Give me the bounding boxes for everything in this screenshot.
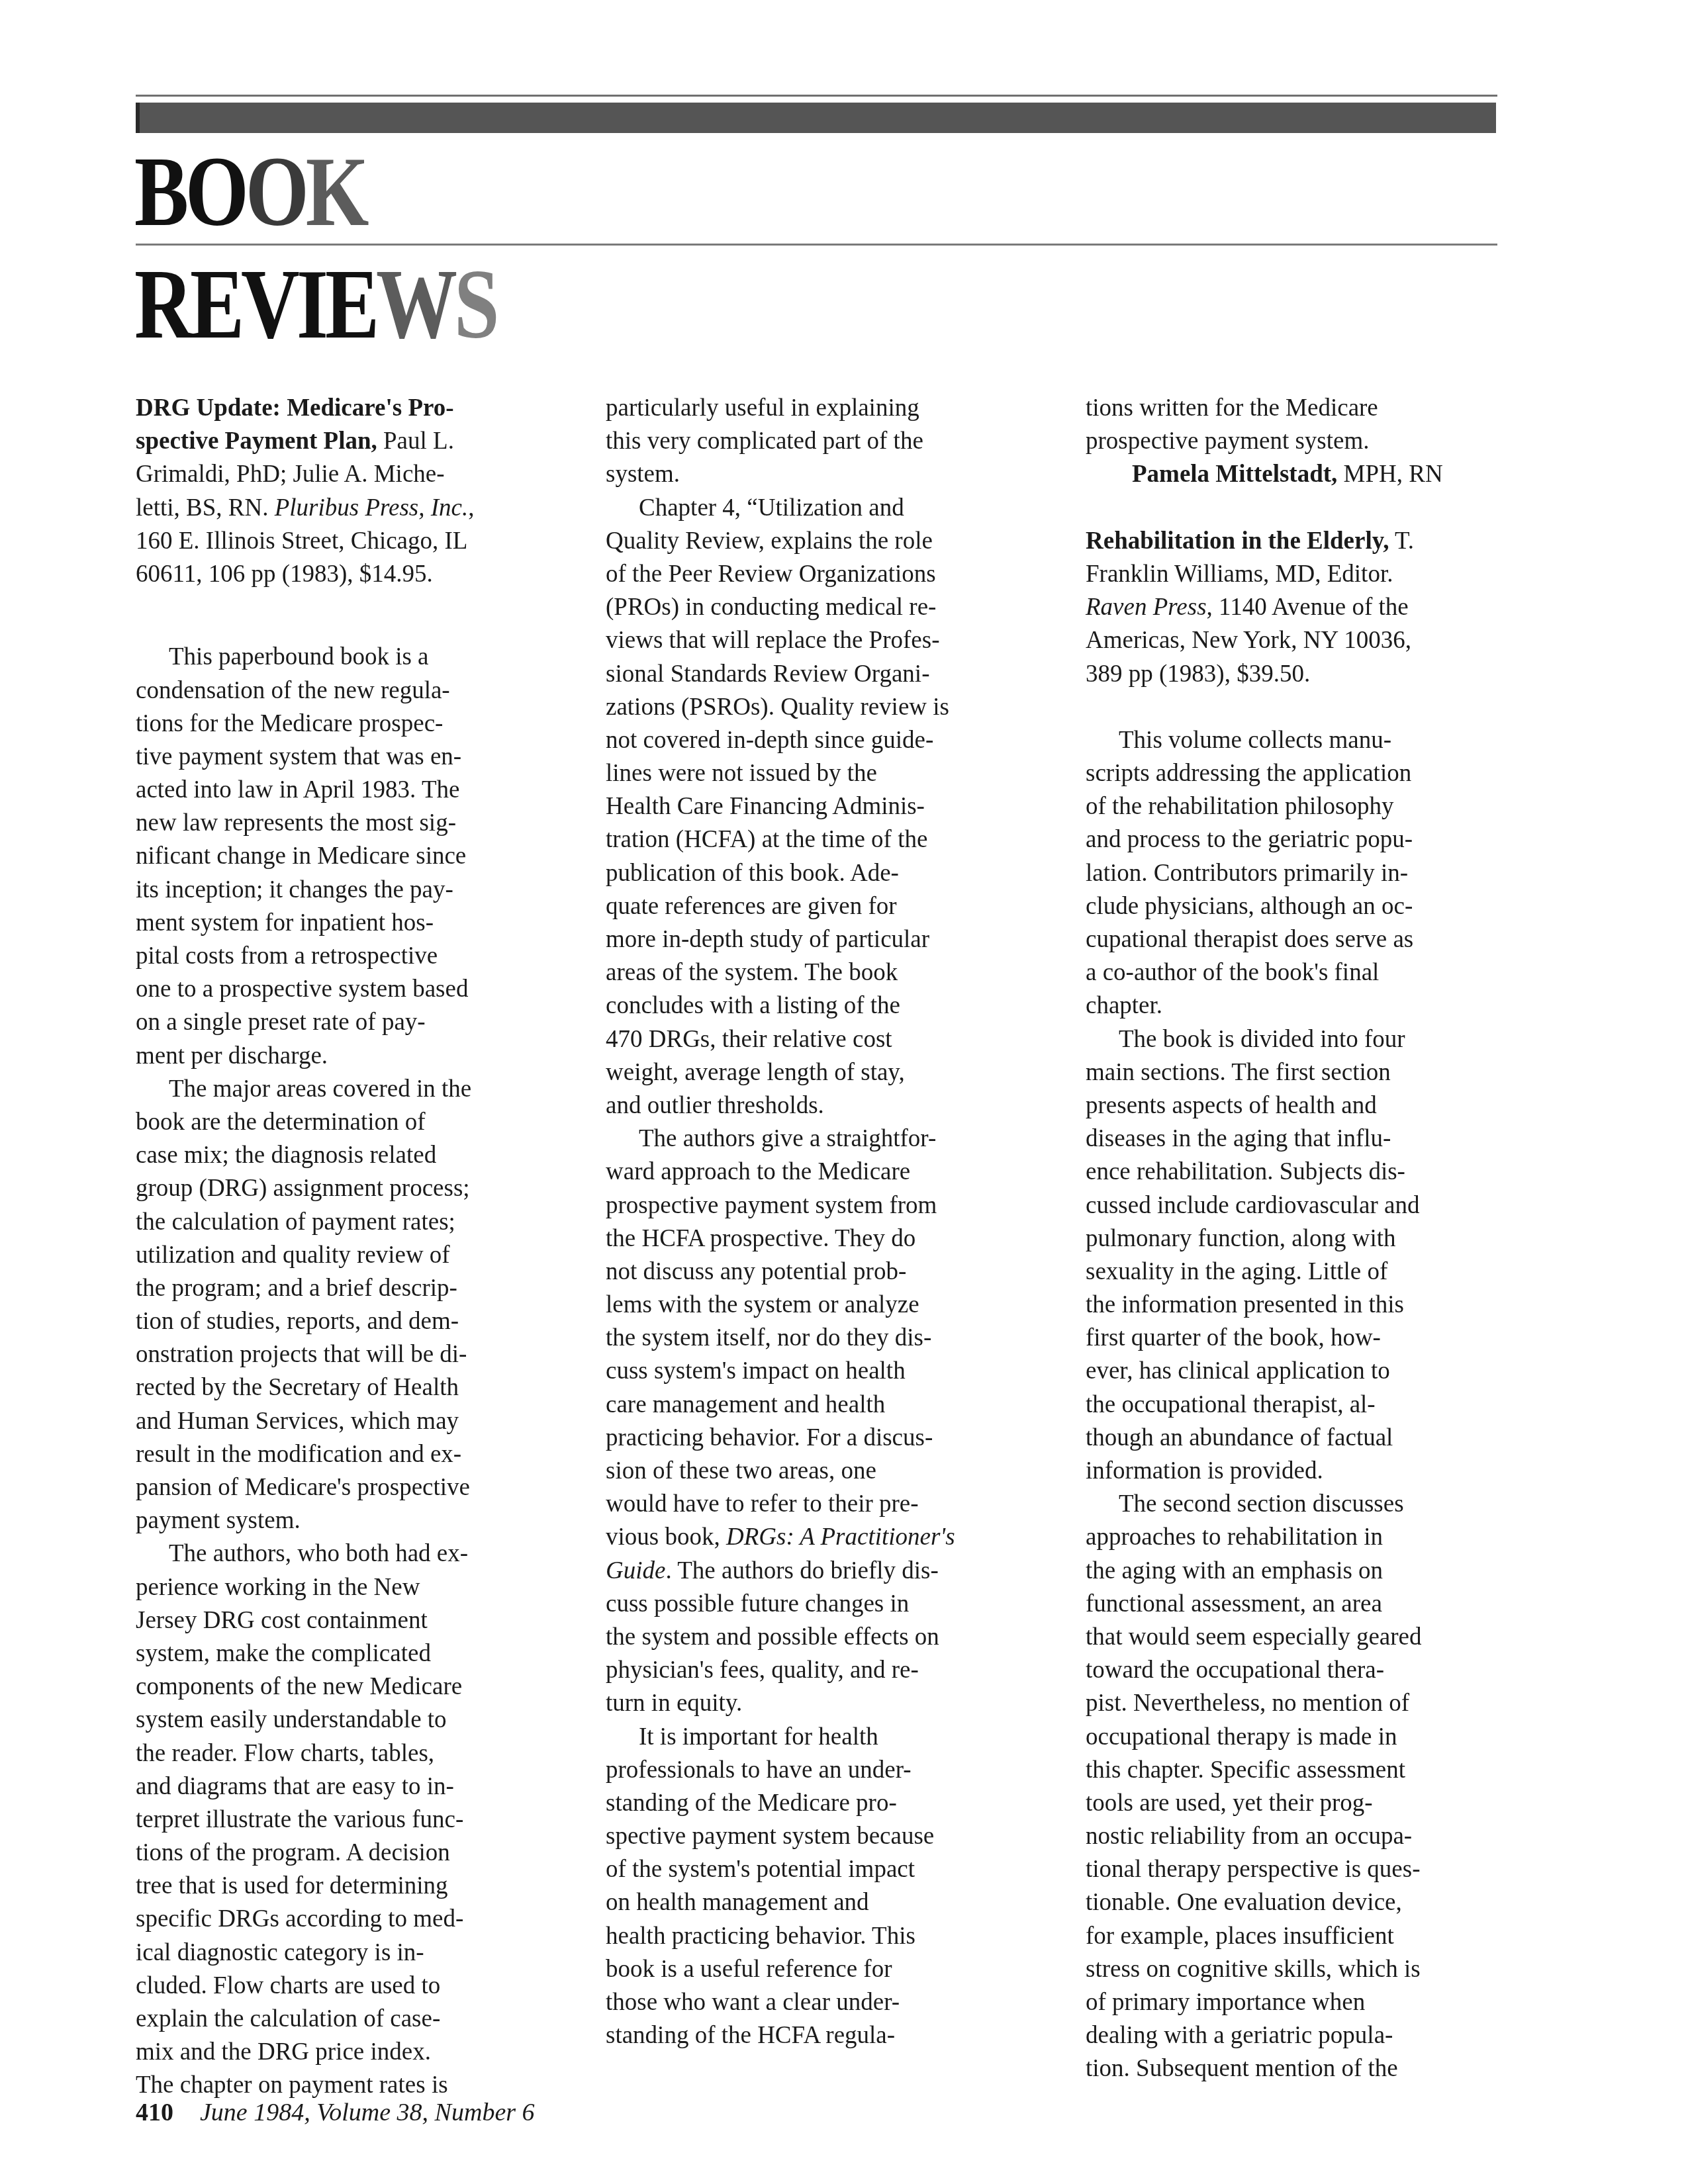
page-number: 410 bbox=[136, 2099, 173, 2126]
body-line: terpret illustrate the various func- bbox=[136, 1803, 592, 1837]
body-text: the information presented in this bbox=[1086, 1291, 1404, 1318]
body-line: prospective payment system from bbox=[606, 1189, 1062, 1222]
body-text: this very complicated part of the bbox=[606, 428, 923, 455]
body-text: payment system. bbox=[136, 1507, 301, 1534]
citation-line: Grimaldi, PhD; Julie A. Miche- bbox=[136, 458, 592, 491]
body-line: explain the calculation of case- bbox=[136, 2003, 592, 2036]
citation-text: , bbox=[468, 494, 474, 522]
body-line: acted into law in April 1983. The bbox=[136, 774, 592, 807]
body-text: (PROs) in conducting medical re- bbox=[606, 594, 936, 621]
body-line: tools are used, yet their prog- bbox=[1086, 1787, 1542, 1820]
body-text: of the system's potential impact bbox=[606, 1856, 915, 1883]
cited-title: DRGs: A Practitioner's bbox=[726, 1524, 955, 1551]
citation-line: Raven Press, 1140 Avenue of the bbox=[1086, 591, 1542, 624]
body-text: This paperbound book is a bbox=[169, 643, 429, 670]
body-line: ever, has clinical application to bbox=[1086, 1355, 1542, 1388]
body-text: physician's fees, quality, and re- bbox=[606, 1657, 919, 1684]
body-text: acted into law in April 1983. The bbox=[136, 776, 459, 803]
citation-text: Americas, New York, NY 10036, bbox=[1086, 627, 1411, 654]
body-line: Chapter 4, “Utilization and bbox=[606, 492, 1062, 525]
body-line: and outlier thresholds. bbox=[606, 1089, 1062, 1122]
body-line: case mix; the diagnosis related bbox=[136, 1139, 592, 1172]
body-line: Health Care Financing Adminis- bbox=[606, 790, 1062, 823]
body-text: approaches to rehabilitation in bbox=[1086, 1524, 1383, 1551]
book-title: DRG Update: Medicare's Pro- bbox=[136, 394, 454, 422]
body-line: utilization and quality review of bbox=[136, 1239, 592, 1272]
body-text: chapter. bbox=[1086, 992, 1162, 1019]
body-line: sexuality in the aging. Little of bbox=[1086, 1255, 1542, 1289]
body-text: Jersey DRG cost containment bbox=[136, 1607, 428, 1634]
body-text: mix and the DRG price index. bbox=[136, 2038, 431, 2066]
body-text: and process to the geriatric popu- bbox=[1086, 826, 1413, 853]
body-text: its inception; it changes the pay- bbox=[136, 876, 453, 903]
body-text: specific DRGs according to med- bbox=[136, 1905, 463, 1933]
body-line: would have to refer to their pre- bbox=[606, 1488, 1062, 1521]
body-line: the system and possible effects on bbox=[606, 1621, 1062, 1654]
citation-text: Franklin Williams, MD, Editor. bbox=[1086, 561, 1393, 588]
citation-text: 389 pp (1983), $39.50. bbox=[1086, 660, 1310, 688]
body-text: clude physicians, although an oc- bbox=[1086, 893, 1413, 920]
citation-line: Franklin Williams, MD, Editor. bbox=[1086, 558, 1542, 591]
body-text: scripts addressing the application bbox=[1086, 760, 1411, 787]
body-text: publication of this book. Ade- bbox=[606, 860, 899, 887]
body-line: lines were not issued by the bbox=[606, 757, 1062, 790]
body-line: specific DRGs according to med- bbox=[136, 1903, 592, 1936]
body-text: one to a prospective system based bbox=[136, 976, 468, 1003]
body-line: of the system's potential impact bbox=[606, 1853, 1062, 1886]
publisher: Pluribus Press, Inc. bbox=[275, 494, 469, 522]
body-line: tion of studies, reports, and dem- bbox=[136, 1305, 592, 1338]
body-line: Guide. The authors do briefly dis- bbox=[606, 1555, 1062, 1588]
body-line: though an abundance of factual bbox=[1086, 1422, 1542, 1455]
review2-citation: Rehabilitation in the Elderly, T.Frankli… bbox=[1086, 525, 1542, 691]
body-text: cuss possible future changes in bbox=[606, 1590, 909, 1617]
body-text: tion of studies, reports, and dem- bbox=[136, 1308, 459, 1335]
body-text: nostic reliability from an occupa- bbox=[1086, 1823, 1412, 1850]
body-text: and diagrams that are easy to in- bbox=[136, 1773, 454, 1800]
body-line: quate references are given for bbox=[606, 890, 1062, 923]
body-text: The chapter on payment rates is bbox=[136, 2071, 448, 2099]
body-text: system. bbox=[606, 461, 680, 488]
body-text: terpret illustrate the various func- bbox=[136, 1806, 463, 1833]
body-line: views that will replace the Profes- bbox=[606, 624, 1062, 657]
body-line: for example, places insufficient bbox=[1086, 1920, 1542, 1953]
body-text: tions of the program. A decision bbox=[136, 1839, 450, 1866]
body-text: more in-depth study of particular bbox=[606, 926, 929, 953]
body-line: publication of this book. Ade- bbox=[606, 857, 1062, 890]
body-line: vious book, DRGs: A Practitioner's bbox=[606, 1521, 1062, 1554]
body-line: book is a useful reference for bbox=[606, 1953, 1062, 1986]
body-line: that would seem especially geared bbox=[1086, 1621, 1542, 1654]
body-line: the system itself, nor do they dis- bbox=[606, 1322, 1062, 1355]
body-line: diseases in the aging that influ- bbox=[1086, 1122, 1542, 1156]
body-text: Chapter 4, “Utilization and bbox=[639, 494, 904, 522]
body-line: practicing behavior. For a discus- bbox=[606, 1422, 1062, 1455]
body-text: quate references are given for bbox=[606, 893, 897, 920]
masthead-reviews-b: W bbox=[376, 250, 454, 359]
body-text: dealing with a geriatric popula- bbox=[1086, 2022, 1393, 2049]
reviewer-credentials: MPH, RN bbox=[1337, 461, 1442, 488]
body-line: (PROs) in conducting medical re- bbox=[606, 591, 1062, 624]
body-text: areas of the system. The book bbox=[606, 959, 898, 986]
body-text: the system and possible effects on bbox=[606, 1623, 939, 1651]
masthead-reviews: REVIEWS bbox=[134, 255, 496, 354]
body-text: particularly useful in explaining bbox=[606, 394, 919, 422]
body-text: lation. Contributors primarily in- bbox=[1086, 860, 1408, 887]
spacer bbox=[1086, 691, 1542, 724]
body-text: professionals to have an under- bbox=[606, 1756, 912, 1784]
citation-line: 60611, 106 pp (1983), $14.95. bbox=[136, 558, 592, 591]
citation-line: 160 E. Illinois Street, Chicago, IL bbox=[136, 525, 592, 558]
body-line: occupational therapy is made in bbox=[1086, 1721, 1542, 1754]
masthead-book: BOOK bbox=[134, 142, 365, 242]
body-line: zations (PSROs). Quality review is bbox=[606, 691, 1062, 724]
body-line: of primary importance when bbox=[1086, 1986, 1542, 2019]
body-text: book is a useful reference for bbox=[606, 1956, 892, 1983]
body-line: first quarter of the book, how- bbox=[1086, 1322, 1542, 1355]
body-text: rected by the Secretary of Health bbox=[136, 1374, 459, 1401]
body-text: presents aspects of health and bbox=[1086, 1092, 1377, 1119]
citation-line: Rehabilitation in the Elderly, T. bbox=[1086, 525, 1542, 558]
body-line: ment system for inpatient hos- bbox=[136, 907, 592, 940]
body-text: tion. Subsequent mention of the bbox=[1086, 2055, 1398, 2082]
body-text: turn in equity. bbox=[606, 1690, 742, 1717]
body-line: particularly useful in explaining bbox=[606, 392, 1062, 425]
body-text: tration (HCFA) at the time of the bbox=[606, 826, 927, 853]
body-line: pital costs from a retrospective bbox=[136, 940, 592, 973]
body-text: care management and health bbox=[606, 1391, 885, 1418]
body-line: ment per discharge. bbox=[136, 1040, 592, 1073]
body-line: areas of the system. The book bbox=[606, 956, 1062, 989]
body-line: mix and the DRG price index. bbox=[136, 2036, 592, 2069]
body-line: new law represents the most sig- bbox=[136, 807, 592, 840]
body-text: the aging with an emphasis on bbox=[1086, 1557, 1383, 1584]
body-text: the program; and a brief descrip- bbox=[136, 1275, 457, 1302]
body-line: chapter. bbox=[1086, 989, 1542, 1023]
body-line: those who want a clear under- bbox=[606, 1986, 1062, 2019]
citation-line: letti, BS, RN. Pluribus Press, Inc., bbox=[136, 492, 592, 525]
body-text: the HCFA prospective. They do bbox=[606, 1225, 915, 1252]
citation-text: 60611, 106 pp (1983), $14.95. bbox=[136, 561, 433, 588]
body-line: sional Standards Review Organi- bbox=[606, 658, 1062, 691]
body-text: practicing behavior. For a discus- bbox=[606, 1424, 933, 1451]
body-line: more in-depth study of particular bbox=[606, 923, 1062, 956]
citation-text: Grimaldi, PhD; Julie A. Miche- bbox=[136, 461, 445, 488]
body-line: onstration projects that will be di- bbox=[136, 1338, 592, 1371]
body-text: tive payment system that was en- bbox=[136, 743, 461, 770]
body-text: toward the occupational thera- bbox=[1086, 1657, 1384, 1684]
body-line: nostic reliability from an occupa- bbox=[1086, 1820, 1542, 1853]
body-line: of the Peer Review Organizations bbox=[606, 558, 1062, 591]
body-text: 470 DRGs, their relative cost bbox=[606, 1026, 892, 1053]
body-text: a co-author of the book's final bbox=[1086, 959, 1379, 986]
body-line: pist. Nevertheless, no mention of bbox=[1086, 1687, 1542, 1720]
citation-text: T. bbox=[1389, 527, 1414, 555]
body-text: the system itself, nor do they dis- bbox=[606, 1324, 931, 1351]
body-text: on health management and bbox=[606, 1889, 869, 1916]
body-line: weight, average length of stay, bbox=[606, 1056, 1062, 1089]
body-line: health practicing behavior. This bbox=[606, 1920, 1062, 1953]
review1-body-middle: particularly useful in explainingthis ve… bbox=[606, 392, 1062, 2052]
body-text: cluded. Flow charts are used to bbox=[136, 1972, 440, 1999]
body-line: lation. Contributors primarily in- bbox=[1086, 857, 1542, 890]
body-text: pulmonary function, along with bbox=[1086, 1225, 1396, 1252]
body-line: perience working in the New bbox=[136, 1571, 592, 1604]
column-left: DRG Update: Medicare's Pro-spective Paym… bbox=[136, 392, 592, 2103]
body-text: ence rehabilitation. Subjects dis- bbox=[1086, 1158, 1405, 1185]
body-line: the aging with an emphasis on bbox=[1086, 1555, 1542, 1588]
body-text: sional Standards Review Organi- bbox=[606, 660, 929, 688]
body-line: system, make the complicated bbox=[136, 1637, 592, 1670]
body-line: standing of the Medicare pro- bbox=[606, 1787, 1062, 1820]
body-line: The second section discusses bbox=[1086, 1488, 1542, 1521]
body-text: for example, places insufficient bbox=[1086, 1923, 1394, 1950]
body-text: stress on cognitive skills, which is bbox=[1086, 1956, 1421, 1983]
body-text: diseases in the aging that influ- bbox=[1086, 1125, 1391, 1152]
body-text: occupational therapy is made in bbox=[1086, 1723, 1397, 1751]
body-line: and Human Services, which may bbox=[136, 1405, 592, 1438]
body-line: of the rehabilitation philosophy bbox=[1086, 790, 1542, 823]
body-line: nificant change in Medicare since bbox=[136, 840, 592, 873]
body-text: It is important for health bbox=[639, 1723, 878, 1751]
body-line: The authors, who both had ex- bbox=[136, 1537, 592, 1570]
body-line: care management and health bbox=[606, 1388, 1062, 1422]
body-text: prospective payment system. bbox=[1086, 428, 1369, 455]
body-text: health practicing behavior. This bbox=[606, 1923, 915, 1950]
masthead-book-a: BO bbox=[134, 137, 246, 247]
body-line: tionable. One evaluation device, bbox=[1086, 1886, 1542, 1919]
page-footer: 410June 1984, Volume 38, Number 6 bbox=[136, 2098, 535, 2127]
body-line: cuss possible future changes in bbox=[606, 1588, 1062, 1621]
body-text: views that will replace the Profes- bbox=[606, 627, 939, 654]
body-text: standing of the HCFA regula- bbox=[606, 2022, 895, 2049]
body-text: the occupational therapist, al- bbox=[1086, 1391, 1376, 1418]
body-line: payment system. bbox=[136, 1504, 592, 1537]
body-line: tration (HCFA) at the time of the bbox=[606, 823, 1062, 856]
column-right: tions written for the Medicareprospectiv… bbox=[1086, 392, 1542, 2086]
body-line: tions for the Medicare prospec- bbox=[136, 707, 592, 741]
body-line: tion. Subsequent mention of the bbox=[1086, 2052, 1542, 2085]
body-line: result in the modification and ex- bbox=[136, 1438, 592, 1471]
body-line: spective payment system because bbox=[606, 1820, 1062, 1853]
body-text: group (DRG) assignment process; bbox=[136, 1175, 470, 1202]
body-text: of the rehabilitation philosophy bbox=[1086, 793, 1394, 820]
citation-line: Americas, New York, NY 10036, bbox=[1086, 624, 1542, 657]
body-text: tools are used, yet their prog- bbox=[1086, 1790, 1373, 1817]
body-line: book are the determination of bbox=[136, 1106, 592, 1139]
body-line: This paperbound book is a bbox=[136, 641, 592, 674]
body-line: the occupational therapist, al- bbox=[1086, 1388, 1542, 1422]
body-text: lines were not issued by the bbox=[606, 760, 877, 787]
citation-line: spective Payment Plan, Paul L. bbox=[136, 425, 592, 458]
body-text: tree that is used for determining bbox=[136, 1872, 448, 1899]
body-text: and outlier thresholds. bbox=[606, 1092, 824, 1119]
body-text: pansion of Medicare's prospective bbox=[136, 1474, 470, 1501]
body-text: case mix; the diagnosis related bbox=[136, 1142, 436, 1169]
citation-line: 389 pp (1983), $39.50. bbox=[1086, 658, 1542, 691]
body-text: the calculation of payment rates; bbox=[136, 1208, 455, 1236]
review1-citation: DRG Update: Medicare's Pro-spective Paym… bbox=[136, 392, 592, 591]
body-text: on a single preset rate of pay- bbox=[136, 1009, 426, 1036]
body-text: The second section discusses bbox=[1119, 1490, 1404, 1518]
spacer bbox=[136, 624, 592, 641]
body-line: prospective payment system. bbox=[1086, 425, 1542, 458]
body-text: The major areas covered in the bbox=[169, 1075, 471, 1103]
body-text: nificant change in Medicare since bbox=[136, 842, 466, 870]
body-line: stress on cognitive skills, which is bbox=[1086, 1953, 1542, 1986]
body-text: tionable. One evaluation device, bbox=[1086, 1889, 1402, 1916]
body-line: main sections. The first section bbox=[1086, 1056, 1542, 1089]
spacer bbox=[136, 591, 592, 624]
body-line: presents aspects of health and bbox=[1086, 1089, 1542, 1122]
body-line: sion of these two areas, one bbox=[606, 1455, 1062, 1488]
body-line: The book is divided into four bbox=[1086, 1023, 1542, 1056]
body-text: spective payment system because bbox=[606, 1823, 934, 1850]
body-line: functional assessment, an area bbox=[1086, 1588, 1542, 1621]
body-text: the reader. Flow charts, tables, bbox=[136, 1740, 434, 1767]
spacer bbox=[1086, 492, 1542, 525]
body-line: tions of the program. A decision bbox=[136, 1837, 592, 1870]
body-line: tions written for the Medicare bbox=[1086, 392, 1542, 425]
header-bar bbox=[136, 103, 1496, 133]
top-rule bbox=[136, 95, 1497, 97]
body-text: vious book, bbox=[606, 1524, 726, 1551]
body-text: those who want a clear under- bbox=[606, 1989, 900, 2016]
body-line: ical diagnostic category is in- bbox=[136, 1936, 592, 1970]
body-line: on a single preset rate of pay- bbox=[136, 1006, 592, 1039]
body-text: The authors, who both had ex- bbox=[169, 1540, 468, 1567]
body-line: tional therapy perspective is ques- bbox=[1086, 1853, 1542, 1886]
body-text: concludes with a listing of the bbox=[606, 992, 900, 1019]
citation-text: , 1140 Avenue of the bbox=[1207, 594, 1409, 621]
body-text: though an abundance of factual bbox=[1086, 1424, 1393, 1451]
body-line: It is important for health bbox=[606, 1721, 1062, 1754]
body-line: ence rehabilitation. Subjects dis- bbox=[1086, 1156, 1542, 1189]
body-text: main sections. The first section bbox=[1086, 1059, 1391, 1086]
body-text: cuss system's impact on health bbox=[606, 1357, 906, 1385]
body-text: The book is divided into four bbox=[1119, 1026, 1405, 1053]
body-text: . The authors do briefly dis- bbox=[665, 1557, 938, 1584]
body-line: The major areas covered in the bbox=[136, 1073, 592, 1106]
body-line: the program; and a brief descrip- bbox=[136, 1272, 592, 1305]
body-line: professionals to have an under- bbox=[606, 1754, 1062, 1787]
body-text: perience working in the New bbox=[136, 1574, 420, 1601]
body-line: system. bbox=[606, 458, 1062, 491]
masthead-book-c: K bbox=[306, 137, 366, 247]
body-text: result in the modification and ex- bbox=[136, 1441, 461, 1468]
column-middle: particularly useful in explainingthis ve… bbox=[606, 392, 1062, 2052]
body-line: standing of the HCFA regula- bbox=[606, 2019, 1062, 2052]
body-line: ward approach to the Medicare bbox=[606, 1156, 1062, 1189]
body-line: its inception; it changes the pay- bbox=[136, 874, 592, 907]
body-line: toward the occupational thera- bbox=[1086, 1654, 1542, 1687]
body-text: ment per discharge. bbox=[136, 1042, 328, 1069]
body-text: system easily understandable to bbox=[136, 1706, 447, 1733]
body-line: dealing with a geriatric popula- bbox=[1086, 2019, 1542, 2052]
body-line: the calculation of payment rates; bbox=[136, 1206, 592, 1239]
body-line: cuss system's impact on health bbox=[606, 1355, 1062, 1388]
body-text: system, make the complicated bbox=[136, 1640, 431, 1667]
body-line: This volume collects manu- bbox=[1086, 724, 1542, 757]
body-line: the information presented in this bbox=[1086, 1289, 1542, 1322]
body-line: The authors give a straightfor- bbox=[606, 1122, 1062, 1156]
publisher: Raven Press bbox=[1086, 594, 1207, 621]
book-title: Rehabilitation in the Elderly, bbox=[1086, 527, 1389, 555]
body-text: pital costs from a retrospective bbox=[136, 942, 438, 970]
body-text: Quality Review, explains the role bbox=[606, 527, 933, 555]
body-line: not discuss any potential prob- bbox=[606, 1255, 1062, 1289]
body-line: clude physicians, although an oc- bbox=[1086, 890, 1542, 923]
body-line: and process to the geriatric popu- bbox=[1086, 823, 1542, 856]
body-line: Jersey DRG cost containment bbox=[136, 1604, 592, 1637]
body-text: ment system for inpatient hos- bbox=[136, 909, 434, 936]
body-line: lems with the system or analyze bbox=[606, 1289, 1062, 1322]
body-line: information is provided. bbox=[1086, 1455, 1542, 1488]
body-text: condensation of the new regula- bbox=[136, 677, 450, 704]
masthead-reviews-a: REVIE bbox=[134, 250, 376, 359]
body-text: cussed include cardiovascular and bbox=[1086, 1192, 1419, 1219]
body-line: a co-author of the book's final bbox=[1086, 956, 1542, 989]
body-text: first quarter of the book, how- bbox=[1086, 1324, 1381, 1351]
body-line: and diagrams that are easy to in- bbox=[136, 1770, 592, 1803]
body-line: one to a prospective system based bbox=[136, 973, 592, 1006]
body-line: components of the new Medicare bbox=[136, 1670, 592, 1704]
body-line: cussed include cardiovascular and bbox=[1086, 1189, 1542, 1222]
body-line: rected by the Secretary of Health bbox=[136, 1371, 592, 1404]
body-text: explain the calculation of case- bbox=[136, 2005, 440, 2032]
body-text: sion of these two areas, one bbox=[606, 1457, 876, 1484]
body-text: ward approach to the Medicare bbox=[606, 1158, 910, 1185]
body-text: not discuss any potential prob- bbox=[606, 1258, 906, 1285]
body-text: that would seem especially geared bbox=[1086, 1623, 1422, 1651]
citation-text: 160 E. Illinois Street, Chicago, IL bbox=[136, 527, 467, 555]
body-text: would have to refer to their pre- bbox=[606, 1490, 919, 1518]
body-line: pulmonary function, along with bbox=[1086, 1222, 1542, 1255]
body-line: cluded. Flow charts are used to bbox=[136, 1970, 592, 2003]
body-text: information is provided. bbox=[1086, 1457, 1323, 1484]
citation-text: letti, BS, RN. bbox=[136, 494, 275, 522]
body-text: weight, average length of stay, bbox=[606, 1059, 905, 1086]
body-text: Health Care Financing Adminis- bbox=[606, 793, 925, 820]
review1-body-right: tions written for the Medicareprospectiv… bbox=[1086, 392, 1542, 458]
body-text: book are the determination of bbox=[136, 1109, 426, 1136]
body-text: lems with the system or analyze bbox=[606, 1291, 919, 1318]
body-text: tions for the Medicare prospec- bbox=[136, 710, 443, 737]
review1-body-left: This paperbound book is acondensation of… bbox=[136, 641, 592, 2102]
body-line: the HCFA prospective. They do bbox=[606, 1222, 1062, 1255]
body-text: ever, has clinical application to bbox=[1086, 1357, 1390, 1385]
reviewer-name: Pamela Mittelstadt, bbox=[1132, 461, 1337, 488]
body-line: tive payment system that was en- bbox=[136, 741, 592, 774]
masthead-reviews-c: S bbox=[454, 250, 496, 359]
body-line: on health management and bbox=[606, 1886, 1062, 1919]
review2-body: This volume collects manu-scripts addres… bbox=[1086, 724, 1542, 2086]
reviewer-signature: Pamela Mittelstadt, MPH, RN bbox=[1086, 458, 1542, 491]
body-line: Quality Review, explains the role bbox=[606, 525, 1062, 558]
body-line: turn in equity. bbox=[606, 1687, 1062, 1720]
body-text: functional assessment, an area bbox=[1086, 1590, 1382, 1617]
body-line: tree that is used for determining bbox=[136, 1870, 592, 1903]
body-text: utilization and quality review of bbox=[136, 1242, 450, 1269]
body-text: ical diagnostic category is in- bbox=[136, 1939, 424, 1966]
body-text: pist. Nevertheless, no mention of bbox=[1086, 1690, 1409, 1717]
body-line: not covered in-depth since guide- bbox=[606, 724, 1062, 757]
body-line: scripts addressing the application bbox=[1086, 757, 1542, 790]
body-text: and Human Services, which may bbox=[136, 1408, 459, 1435]
body-text: prospective payment system from bbox=[606, 1192, 937, 1219]
body-line: approaches to rehabilitation in bbox=[1086, 1521, 1542, 1554]
body-line: physician's fees, quality, and re- bbox=[606, 1654, 1062, 1687]
